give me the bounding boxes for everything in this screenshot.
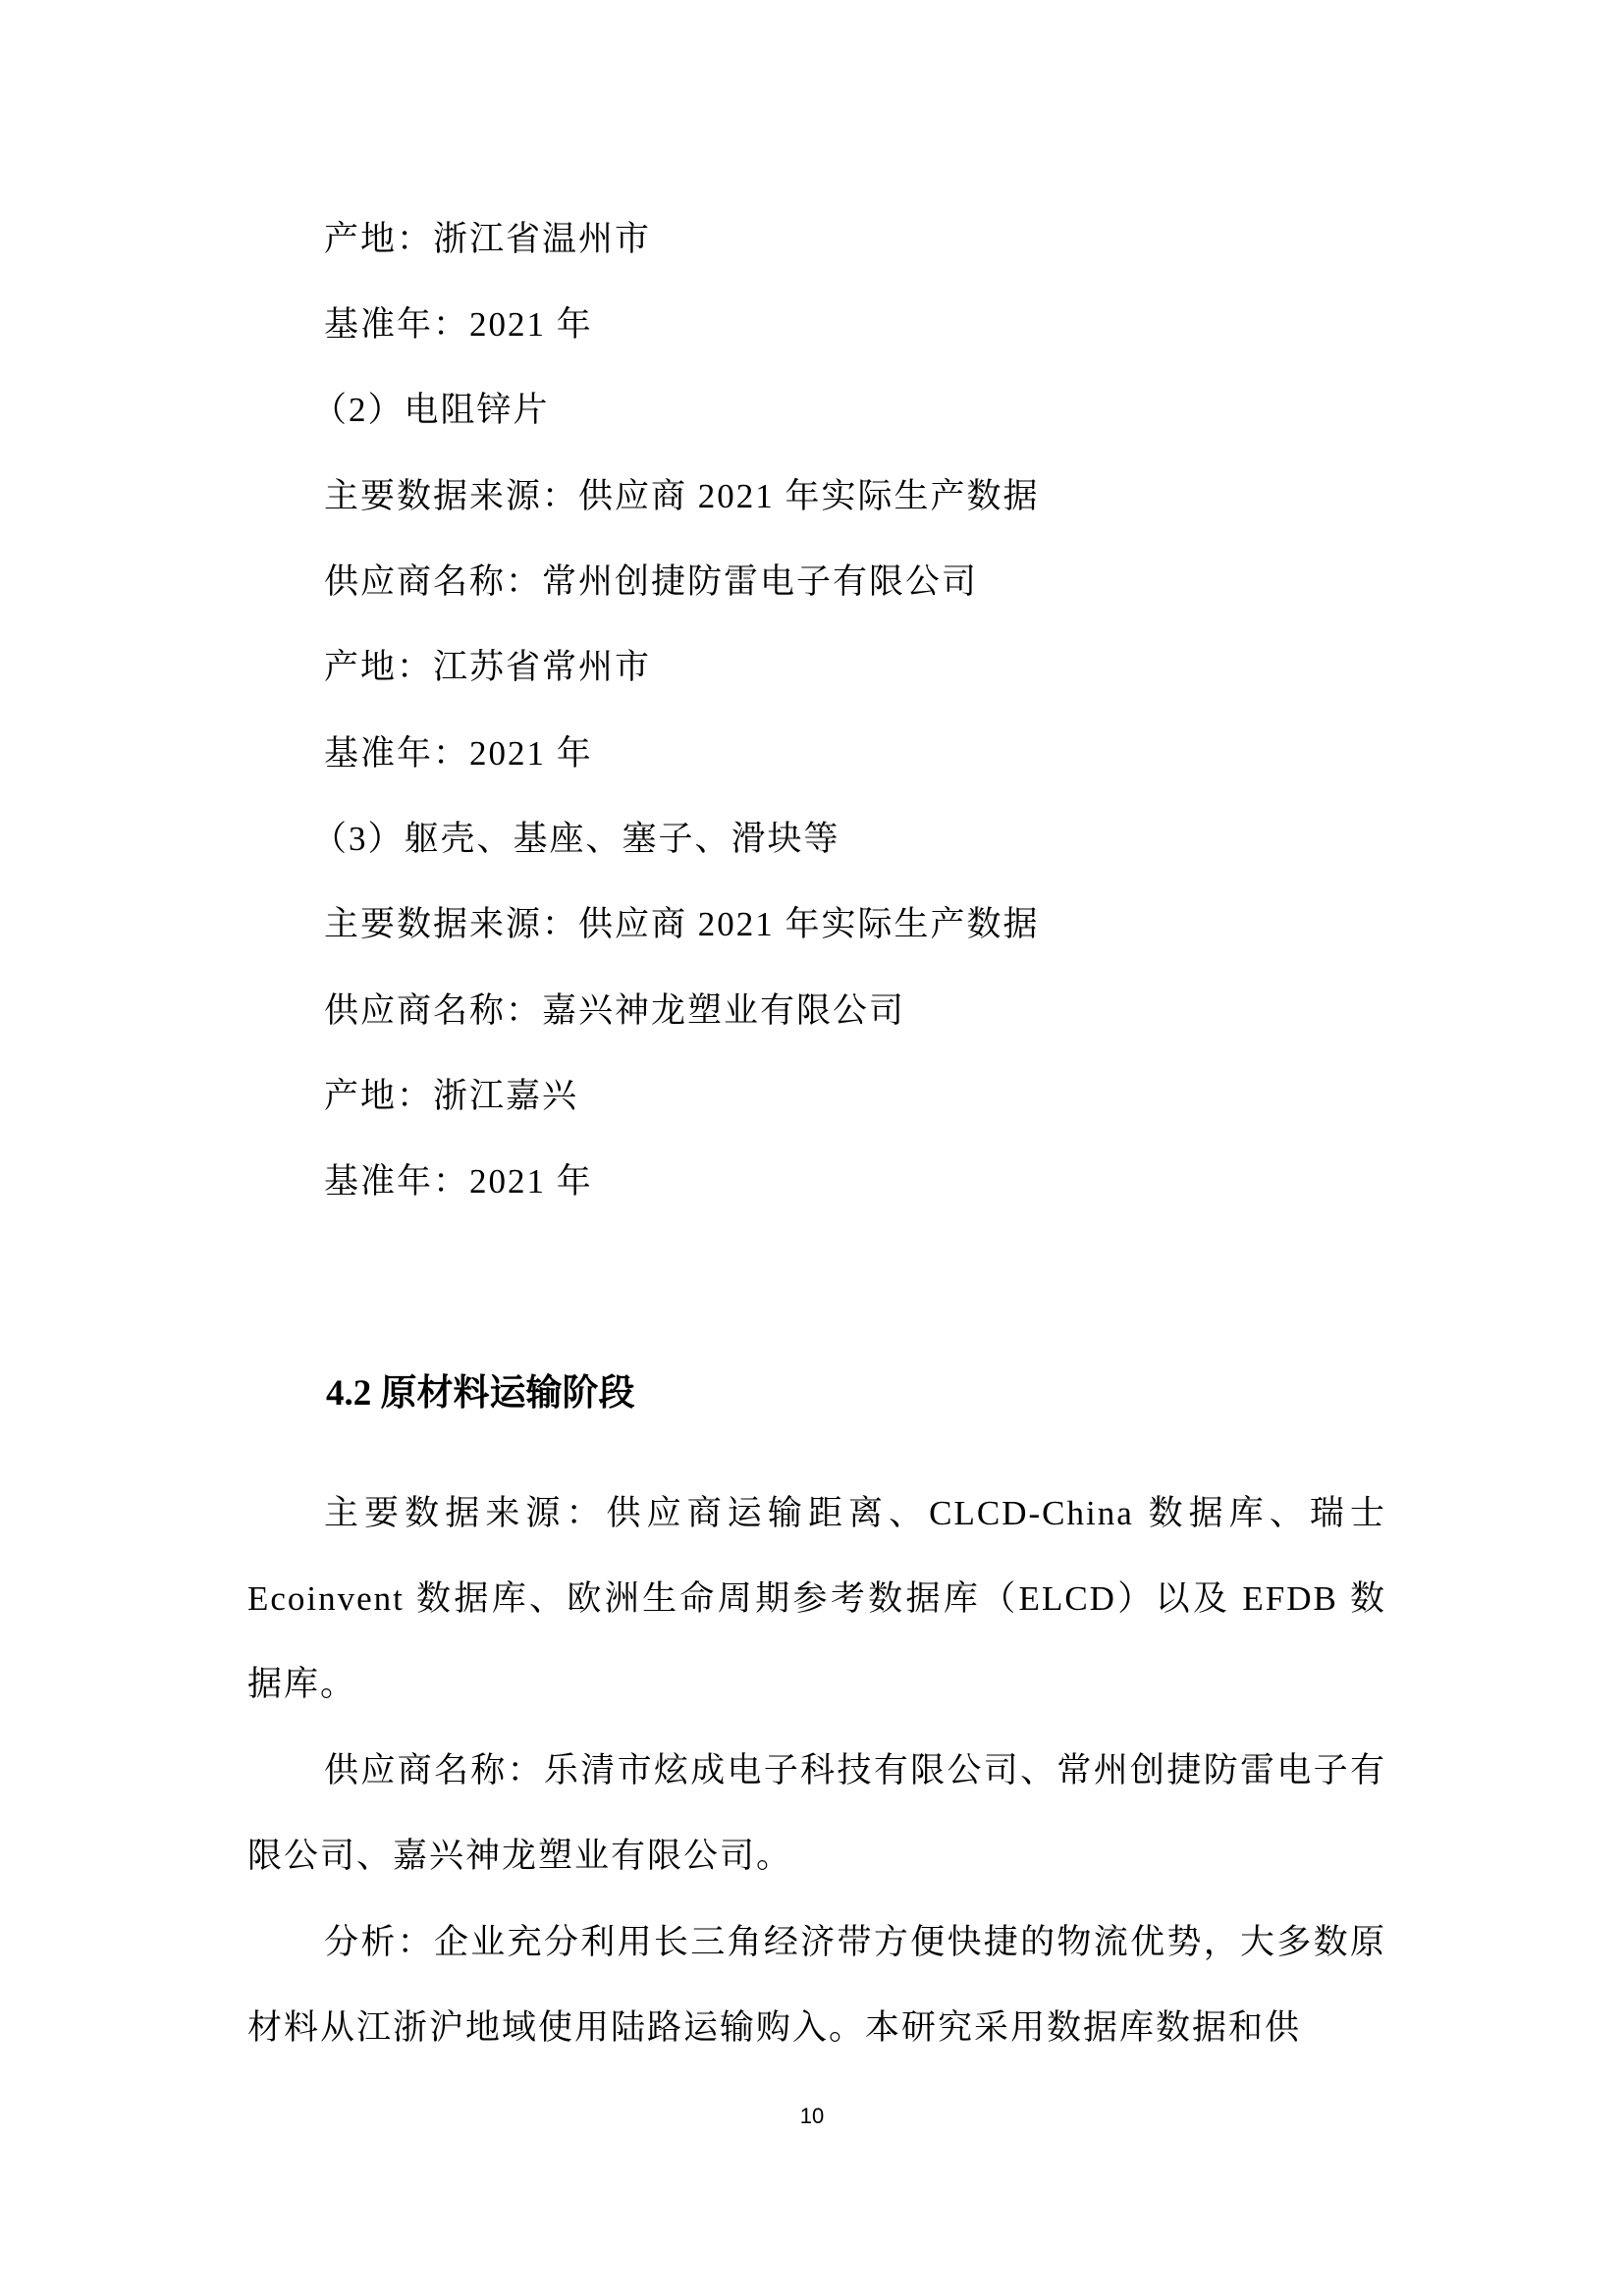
item-heading-2: （2）电阻锌片: [312, 389, 550, 432]
base-year-line-2: 基准年：2021 年: [324, 732, 593, 775]
base-year-line-3: 基准年：2021 年: [324, 1160, 593, 1203]
item-heading-3: （3）躯壳、基座、塞子、滑块等: [312, 818, 840, 861]
origin-line-3: 产地：浙江嘉兴: [324, 1075, 578, 1118]
paragraph-analysis: 分析：企业充分利用长三角经济带方便快捷的物流优势，大多数原材料从江浙沪地域使用陆…: [247, 1899, 1386, 2070]
base-year-line-1: 基准年：2021 年: [324, 303, 593, 347]
supplier-name-line-3: 供应商名称：嘉兴神龙塑业有限公司: [324, 989, 905, 1033]
section-heading: 4.2 原材料运输阶段: [326, 1362, 635, 1415]
origin-line-2: 产地：江苏省常州市: [324, 646, 651, 689]
page-number: 10: [0, 2104, 1624, 2129]
data-source-line-3: 主要数据来源：供应商 2021 年实际生产数据: [324, 903, 1040, 946]
data-source-line-2: 主要数据来源：供应商 2021 年实际生产数据: [324, 475, 1040, 518]
supplier-name-line-2: 供应商名称：常州创捷防雷电子有限公司: [324, 561, 978, 604]
paragraph-data-source: 主要数据来源：供应商运输距离、CLCD-China 数据库、瑞士 Ecoinve…: [247, 1470, 1386, 1727]
origin-line-1: 产地：浙江省温州市: [324, 218, 651, 261]
paragraph-supplier-names: 供应商名称：乐清市炫成电子科技有限公司、常州创捷防雷电子有限公司、嘉兴神龙塑业有…: [247, 1728, 1386, 1898]
